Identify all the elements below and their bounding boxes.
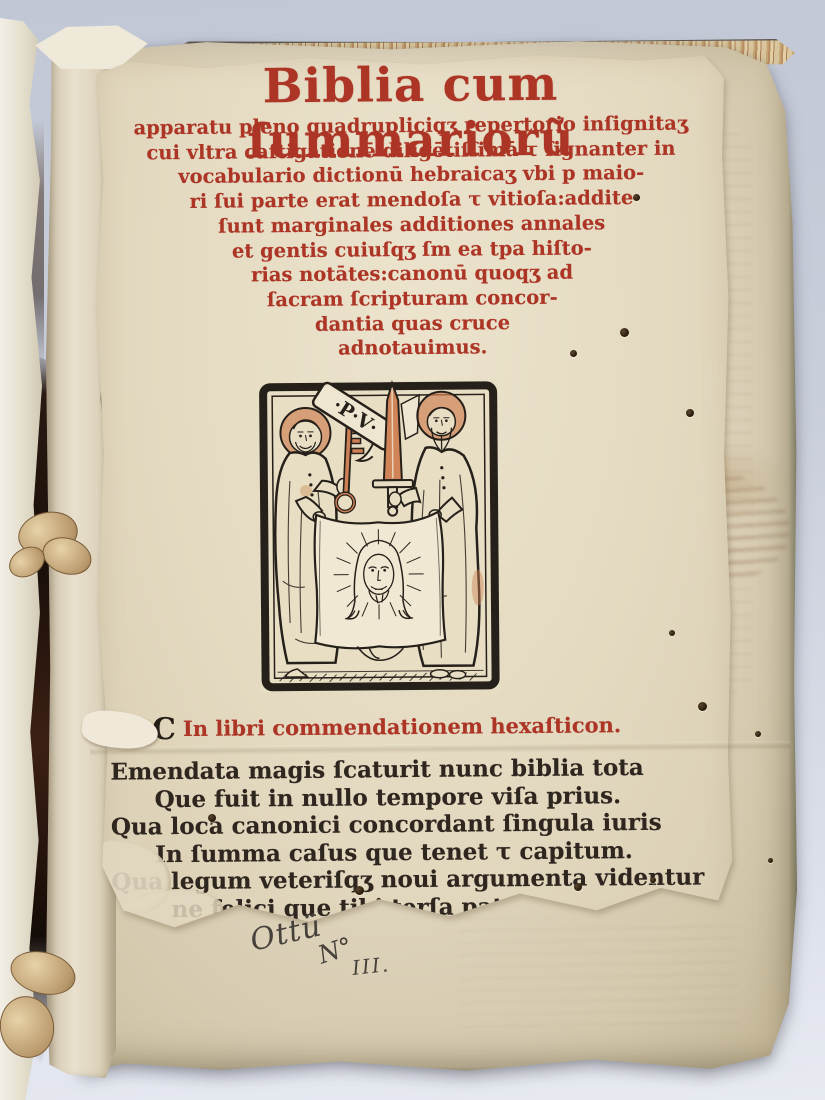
wormhole: [570, 350, 577, 357]
wormhole: [355, 886, 364, 895]
wormhole: [650, 877, 656, 883]
wormhole: [768, 858, 773, 863]
poem-line: Emendata magis ſcaturit nunc biblia tota: [110, 753, 720, 786]
printed-title-leaf: Biblia cum ſummariorũ apparatu pleno qua…: [90, 51, 738, 937]
page-right-edge-shadow: [788, 121, 800, 1034]
wormhole: [686, 409, 694, 417]
wormhole: [755, 731, 761, 737]
verso-text-showthrough-lower: [458, 918, 738, 1028]
woodcut-veronica: ·P·V·: [255, 377, 504, 695]
veronica-veil: [314, 512, 445, 649]
printed-leaf-wrap: Biblia cum ſummariorũ apparatu pleno qua…: [94, 54, 734, 934]
photo-of-incunable-title-page: um mei man Biblia cum ſummariorũ apparat…: [0, 0, 825, 1100]
wormhole: [208, 814, 216, 822]
wormhole: [669, 630, 675, 636]
title-paragraph-line: adnotauimus.: [93, 334, 733, 364]
wormhole: [698, 702, 707, 711]
wormhole: [620, 328, 629, 337]
handwritten-roman-numeral: III.: [351, 952, 391, 980]
page-bottom-edge-shadow: [103, 1067, 786, 1076]
title-paragraph: apparatu pleno quadrupliciqʒ repertorio …: [91, 111, 733, 364]
commendation-text: In libri commendationem hexaſticon.: [183, 712, 621, 741]
wormhole: [633, 194, 640, 201]
wormhole: [574, 883, 582, 891]
woodcut-svg: ·P·V·: [255, 377, 504, 695]
commendation-heading: CIn libri commendationem hexaſticon.: [152, 708, 621, 747]
